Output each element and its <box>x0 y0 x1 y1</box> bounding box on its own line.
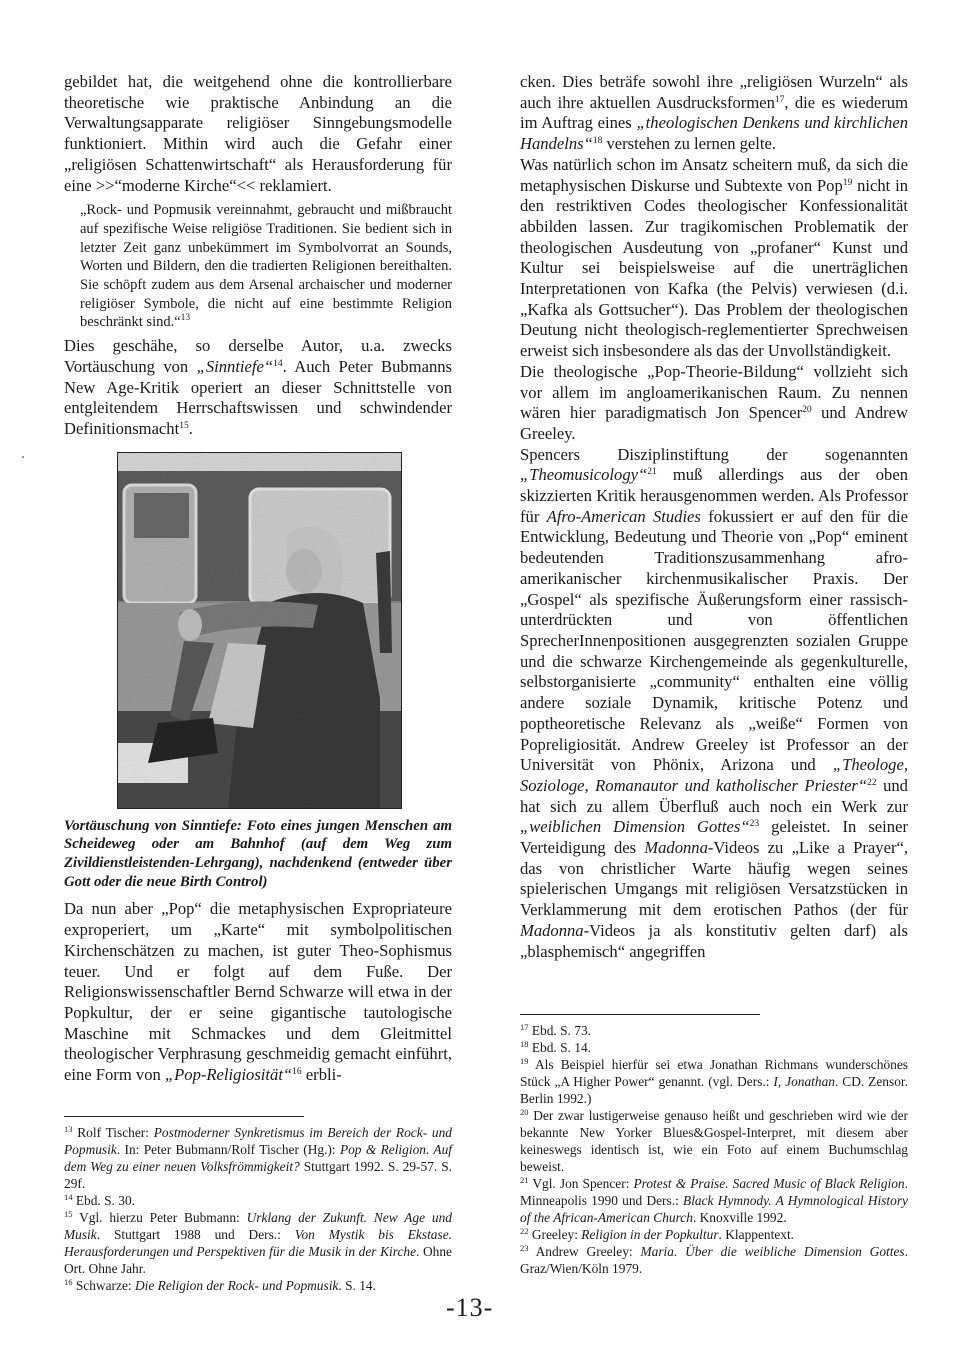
footnote-14: 14 Ebd. S. 30. <box>64 1192 452 1209</box>
citation-text: Rolf Tischer: <box>73 1125 154 1140</box>
footnotes-left: 13 Rolf Tischer: Postmoderner Synkretism… <box>64 1124 452 1294</box>
footnote-number: 20 <box>520 1107 529 1117</box>
body-paragraph: Was natürlich schon im Ansatz scheitern … <box>520 155 908 362</box>
footnote-ref[interactable]: 18 <box>593 136 603 146</box>
citation-text: Ebd. S. 30. <box>73 1193 136 1208</box>
footnote-divider <box>64 1116 304 1117</box>
citation-text: . In: Peter Bubmann/Rolf Tischer (Hg.): <box>117 1142 340 1157</box>
footnote-17: 17 Ebd. S. 73. <box>520 1022 908 1039</box>
body-paragraph: Da nun aber „Pop“ die metaphysischen Exp… <box>64 899 452 1085</box>
citation-text: Ebd. S. 73. <box>529 1023 592 1038</box>
emphasis: „Pop-Religiosität“ <box>165 1065 292 1084</box>
emphasis: Afro-American Studies <box>547 507 701 526</box>
block-quote: „Rock- und Popmusik vereinnahmt, gebrauc… <box>80 201 452 332</box>
footnote-ref[interactable]: 17 <box>775 95 785 105</box>
emphasis: Madonna <box>644 838 708 857</box>
text: nicht in den restriktiven Codes theologi… <box>520 176 908 361</box>
text: fokussiert er auf den für die Entwicklun… <box>520 507 908 774</box>
citation-text: Andrew Greeley: <box>529 1244 641 1259</box>
footnote-number: 15 <box>64 1209 73 1219</box>
footnote-22: 22 Greeley: Religion in der Popkultur. K… <box>520 1226 908 1243</box>
citation-text: Schwarze: <box>73 1278 135 1293</box>
citation-title: Die Religion der Rock- und Popmusik <box>135 1278 338 1293</box>
footnote-18: 18 Ebd. S. 14. <box>520 1039 908 1056</box>
footnote-20: 20 Der zwar lustigerweise genauso heißt … <box>520 1107 908 1175</box>
footnote-divider <box>520 1014 760 1015</box>
footnote-number: 14 <box>64 1192 73 1202</box>
footnote-ref[interactable]: 23 <box>750 819 760 829</box>
footnote-number: 13 <box>64 1124 73 1134</box>
scan-speck <box>22 456 24 458</box>
footnote-ref[interactable]: 19 <box>843 178 853 188</box>
footnote-number: 22 <box>520 1226 529 1236</box>
citation-text: Ebd. S. 14. <box>529 1040 592 1055</box>
citation-text: Vgl. hierzu Peter Bubmann: <box>73 1210 247 1225</box>
text: verstehen zu lernen gelte. <box>602 134 776 153</box>
footnote-16: 16 Schwarze: Die Religion der Rock- und … <box>64 1277 452 1294</box>
emphasis: „Theomusicology“ <box>520 465 647 484</box>
footnotes-right: 17 Ebd. S. 73.18 Ebd. S. 14.19 Als Beisp… <box>520 1022 908 1277</box>
footnote-ref[interactable]: 15 <box>179 421 189 431</box>
citation-title: Maria. Über die weibliche Dimension Gott… <box>640 1244 904 1259</box>
emphasis: Madonna <box>520 921 584 940</box>
footnote-number: 16 <box>64 1277 73 1287</box>
quote-text: „Rock- und Popmusik vereinnahmt, gebrauc… <box>80 202 452 330</box>
footnote-13: 13 Rolf Tischer: Postmoderner Synkretism… <box>64 1124 452 1192</box>
footnote-number: 23 <box>520 1243 529 1253</box>
footnote-15: 15 Vgl. hierzu Peter Bubmann: Urklang de… <box>64 1209 452 1277</box>
footnote-ref[interactable]: 21 <box>647 467 657 477</box>
footnote-23: 23 Andrew Greeley: Maria. Über die weibl… <box>520 1243 908 1277</box>
footnote-number: 17 <box>520 1022 529 1032</box>
citation-title: Religion in der Popkultur <box>581 1227 718 1242</box>
footnote-number: 21 <box>520 1175 529 1185</box>
left-column: gebildet hat, die weitgehend ohne die ko… <box>64 72 452 1086</box>
footnote-number: 19 <box>520 1056 529 1066</box>
citation-title: Protest & Praise. Sacred Music of Black … <box>633 1176 904 1191</box>
body-paragraph: Spencers Disziplinstiftung der sogenannt… <box>520 445 908 963</box>
citation-text: Der zwar lustigerweise genauso heißt und… <box>520 1108 908 1174</box>
citation-title: I, Jonathan <box>773 1074 835 1089</box>
photo-caption: Vortäuschung von Sinntiefe: Foto eines j… <box>64 817 452 892</box>
emphasis: „weiblichen Dimension Gottes“ <box>520 817 750 836</box>
body-paragraph: Dies geschähe, so derselbe Autor, u.a. z… <box>64 336 452 440</box>
text: Was natürlich schon im Ansatz scheitern … <box>520 155 908 195</box>
footnote-ref[interactable]: 14 <box>273 359 283 369</box>
right-column: cken. Dies beträfe sowohl ihre „religiös… <box>520 72 908 962</box>
body-paragraph: Die theologische „Pop-Theorie-Bildung“ v… <box>520 362 908 445</box>
photo-young-person-at-train <box>118 453 401 808</box>
citation-text: . Stuttgart 1988 und Ders.: <box>97 1227 295 1242</box>
citation-text: . Knoxville 1992. <box>693 1210 787 1225</box>
text: erbli- <box>302 1065 342 1084</box>
emphasis: „Sinntiefe“ <box>197 357 274 376</box>
text: Da nun aber „Pop“ die metaphysischen Exp… <box>64 899 452 1084</box>
photo <box>117 452 402 809</box>
footnote-19: 19 Als Beispiel hierfür sei etwa Jonatha… <box>520 1056 908 1107</box>
footnote-number: 18 <box>520 1039 529 1049</box>
citation-text: Vgl. Jon Spencer: <box>529 1176 634 1191</box>
footnote-ref[interactable]: 16 <box>292 1067 302 1077</box>
citation-text: . S. 14. <box>338 1278 376 1293</box>
footnote-21: 21 Vgl. Jon Spencer: Protest & Praise. S… <box>520 1175 908 1226</box>
page-number: -13- <box>446 1293 493 1323</box>
citation-text: . Klappentext. <box>719 1227 795 1242</box>
citation-text: Greeley: <box>529 1227 582 1242</box>
text: . <box>189 419 193 438</box>
text: Spencers Disziplinstiftung der sogenannt… <box>520 445 908 464</box>
footnote-ref[interactable]: 20 <box>802 405 812 415</box>
footnote-ref[interactable]: 22 <box>867 778 877 788</box>
body-paragraph: cken. Dies beträfe sowohl ihre „religiös… <box>520 72 908 155</box>
body-paragraph: gebildet hat, die weitgehend ohne die ko… <box>64 72 452 196</box>
footnote-ref[interactable]: 13 <box>181 313 191 323</box>
